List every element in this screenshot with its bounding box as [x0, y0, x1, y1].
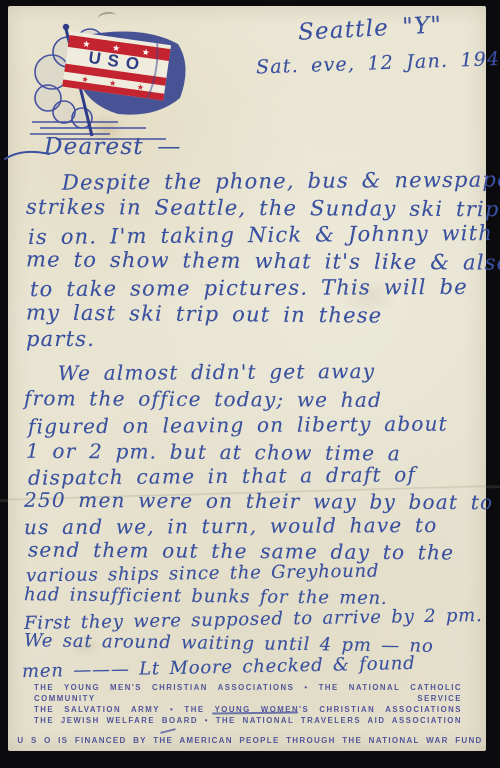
svg-text:★: ★ [136, 82, 144, 92]
svg-text:★: ★ [81, 75, 89, 85]
org-line: THE YOUNG MEN'S CHRISTIAN ASSOCIATIONS •… [34, 682, 462, 704]
org-line: THE JEWISH WELFARE BOARD • THE NATIONAL … [34, 715, 462, 726]
letterhead-organizations: THE YOUNG MEN'S CHRISTIAN ASSOCIATIONS •… [34, 682, 462, 726]
letter-line: me to show them what it's like & also [26, 247, 500, 274]
letter-line: strikes in Seattle, the Sunday ski trip [26, 195, 500, 221]
letter-line: send them out the same day to the [28, 538, 454, 565]
letter-line: to take some pictures. This will be [30, 275, 468, 301]
letter-line: us and we, in turn, would have to [24, 513, 438, 539]
letter-line: 250 men were on their way by boat to [24, 488, 493, 514]
letterhead-funding-line: U S O IS FINANCED BY THE AMERICAN PEOPLE… [0, 736, 500, 745]
letter-line: dispatch came in that a draft of [28, 462, 416, 489]
letter-line: my last ski trip out in these [26, 300, 383, 327]
letter-line: 1 or 2 pm. but at chow time a [26, 439, 401, 466]
letter-line: figured on leaving on liberty about [28, 412, 448, 439]
letter-salutation: Dearest — [44, 134, 182, 160]
uso-flag-icon: ★ ★ ★ ★ ★ ★ USO [26, 18, 196, 144]
letter-line: Despite the phone, bus & newspaper [62, 167, 500, 194]
svg-text:★: ★ [109, 78, 117, 88]
letter-line: We almost didn't get away [58, 359, 375, 385]
letter-scan: { "letterhead": { "logo_text": "USO", "o… [0, 0, 500, 768]
uso-flag-logo: ★ ★ ★ ★ ★ ★ USO [26, 18, 196, 144]
letter-line: parts. [26, 327, 95, 351]
letter-line: had insufficient bunks for the men. [24, 584, 388, 609]
letter-line: from the office today; we had [24, 386, 382, 412]
letter-line: is on. I'm taking Nick & Johnny with [28, 221, 493, 249]
